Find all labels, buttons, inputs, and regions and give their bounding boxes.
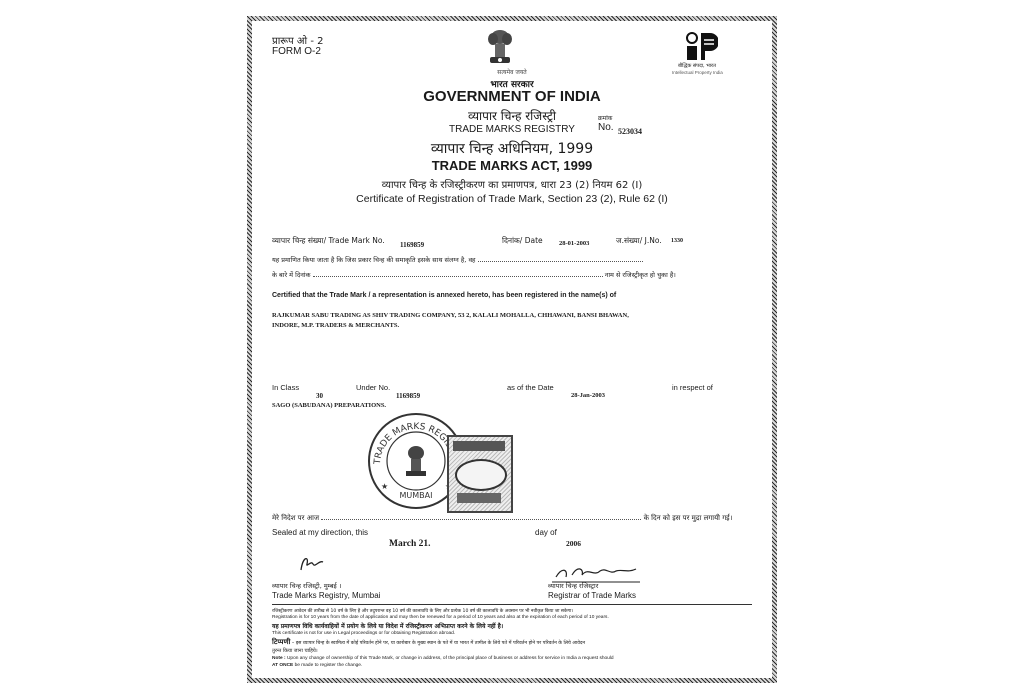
svg-text:MUMBAI: MUMBAI [400,491,433,500]
serial-label: No. [598,122,614,133]
owner-line-1: RAJKUMAR SABU TRADING AS SHIV TRADING CO… [272,312,629,319]
ashoka-emblem-icon [482,27,518,67]
certificate-title-hindi: व्यापार चिन्ह के रजिस्ट्रीकरण का प्रमाणप… [252,177,772,191]
registry-mumbai-hindi: व्यापार चिन्ह रजिस्ट्री, मुम्बई । [272,581,341,590]
footer-change-hindi: टिप्पणी – इस व्यापार चिन्ह के स्वामित्व … [272,638,585,647]
sealing-day: March 21. [389,539,431,549]
certificate-border: प्रारूप ओ - 2 FORM O-2 सत्यमेव जयते बौ [247,16,777,683]
goods-description: SAGO (SABUDANA) PREPARATIONS. [272,402,386,409]
svg-text:★: ★ [381,482,388,491]
act-title: TRADE MARKS ACT, 1999 [252,158,772,173]
trade-mark-no-value: 1169859 [400,241,424,249]
certification-hindi-line1: यह प्रमाणित किया जाता है कि जिस प्रकार च… [272,255,643,264]
jno-value: 1330 [671,238,683,244]
class-label: In Class [272,383,299,392]
class-value: 30 [316,392,323,400]
day-of-label: day of [535,528,557,537]
jno-label: ज.संख्या/ J.No. [616,236,662,246]
under-no-label: Under No. [356,383,390,392]
trade-mark-no-label: व्यापार चिन्ह संख्या/ Trade Mark No. [272,236,385,246]
registrar-title: Registrar of Trade Marks [548,591,636,600]
footer-renewal-hindi: रजिस्ट्रीकरण आवेदन की तारीख से 10 वर्ष क… [272,608,573,614]
owner-line-2: INDORE, M.P. TRADERS & MERCHANTS. [272,322,399,329]
as-of-date-label: as of the Date [507,383,554,392]
certificate-body: प्रारूप ओ - 2 FORM O-2 सत्यमेव जयते बौ [252,21,772,678]
in-respect-of-label: in respect of [672,383,713,392]
government-title: GOVERNMENT OF INDIA [252,88,772,105]
sealing-year: 2006 [566,539,581,548]
signature-left [297,554,327,579]
certificate-title: Certificate of Registration of Trade Mar… [252,193,772,205]
footer-divider [272,604,752,605]
certified-statement: Certified that the Trade Mark / a repres… [272,292,616,299]
certification-hindi-line2: के बारे में दिनांक नाम से रजिस्ट्रीकृत ह… [272,270,676,279]
form-number-hindi: प्रारूप ओ - 2 [272,33,323,47]
ip-logo-text: Intellectual Property India [672,70,723,75]
form-number: FORM O-2 [272,46,321,57]
ip-logo-text-hindi: बौद्धिक संपदा, भारत [678,63,716,69]
registry-mumbai: Trade Marks Registry, Mumbai [272,591,380,600]
registrar-hindi: व्यापार चिन्ह रजिस्ट्रार [548,581,598,590]
trademark-label-oval [455,459,507,491]
date-value: 28-01-2003 [559,240,589,247]
registry-title: TRADE MARKS REGISTRY [252,124,772,135]
under-no-value: 1169859 [396,392,420,400]
footer-legal-use-hindi: यह प्रमाणपत्र विधि कार्यवाहियों में प्रय… [272,622,503,630]
serial-label-hindi: क्रमांक [598,114,612,122]
trademark-label-image [447,435,513,513]
serial-number: 523034 [618,127,642,136]
footer-note-2: AT ONCE be made to register the change. [272,663,362,668]
footer-legal-use: This certificate is not for use in Legal… [272,631,455,636]
footer-change-hindi-2: तुरन्त किया जाना चाहिये। [272,648,318,654]
sealing-hindi: मेरे निदेश पर आज के दिन को इस पर मुद्रा … [272,514,732,523]
as-of-date-value: 28-Jan-2003 [571,392,605,399]
footer-renewal: Registration is for 10 years from the da… [272,615,609,620]
footer-note: Note : Upon any change of ownership of t… [272,656,614,661]
sealing-english: Sealed at my direction, this [272,528,368,537]
act-hindi: व्यापार चिन्ह अधिनियम, 1999 [252,139,772,158]
registry-hindi: व्यापार चिन्ह रजिस्ट्री [252,107,772,124]
ip-india-logo-icon [684,31,718,61]
date-label: दिनांक/ Date [502,236,543,246]
